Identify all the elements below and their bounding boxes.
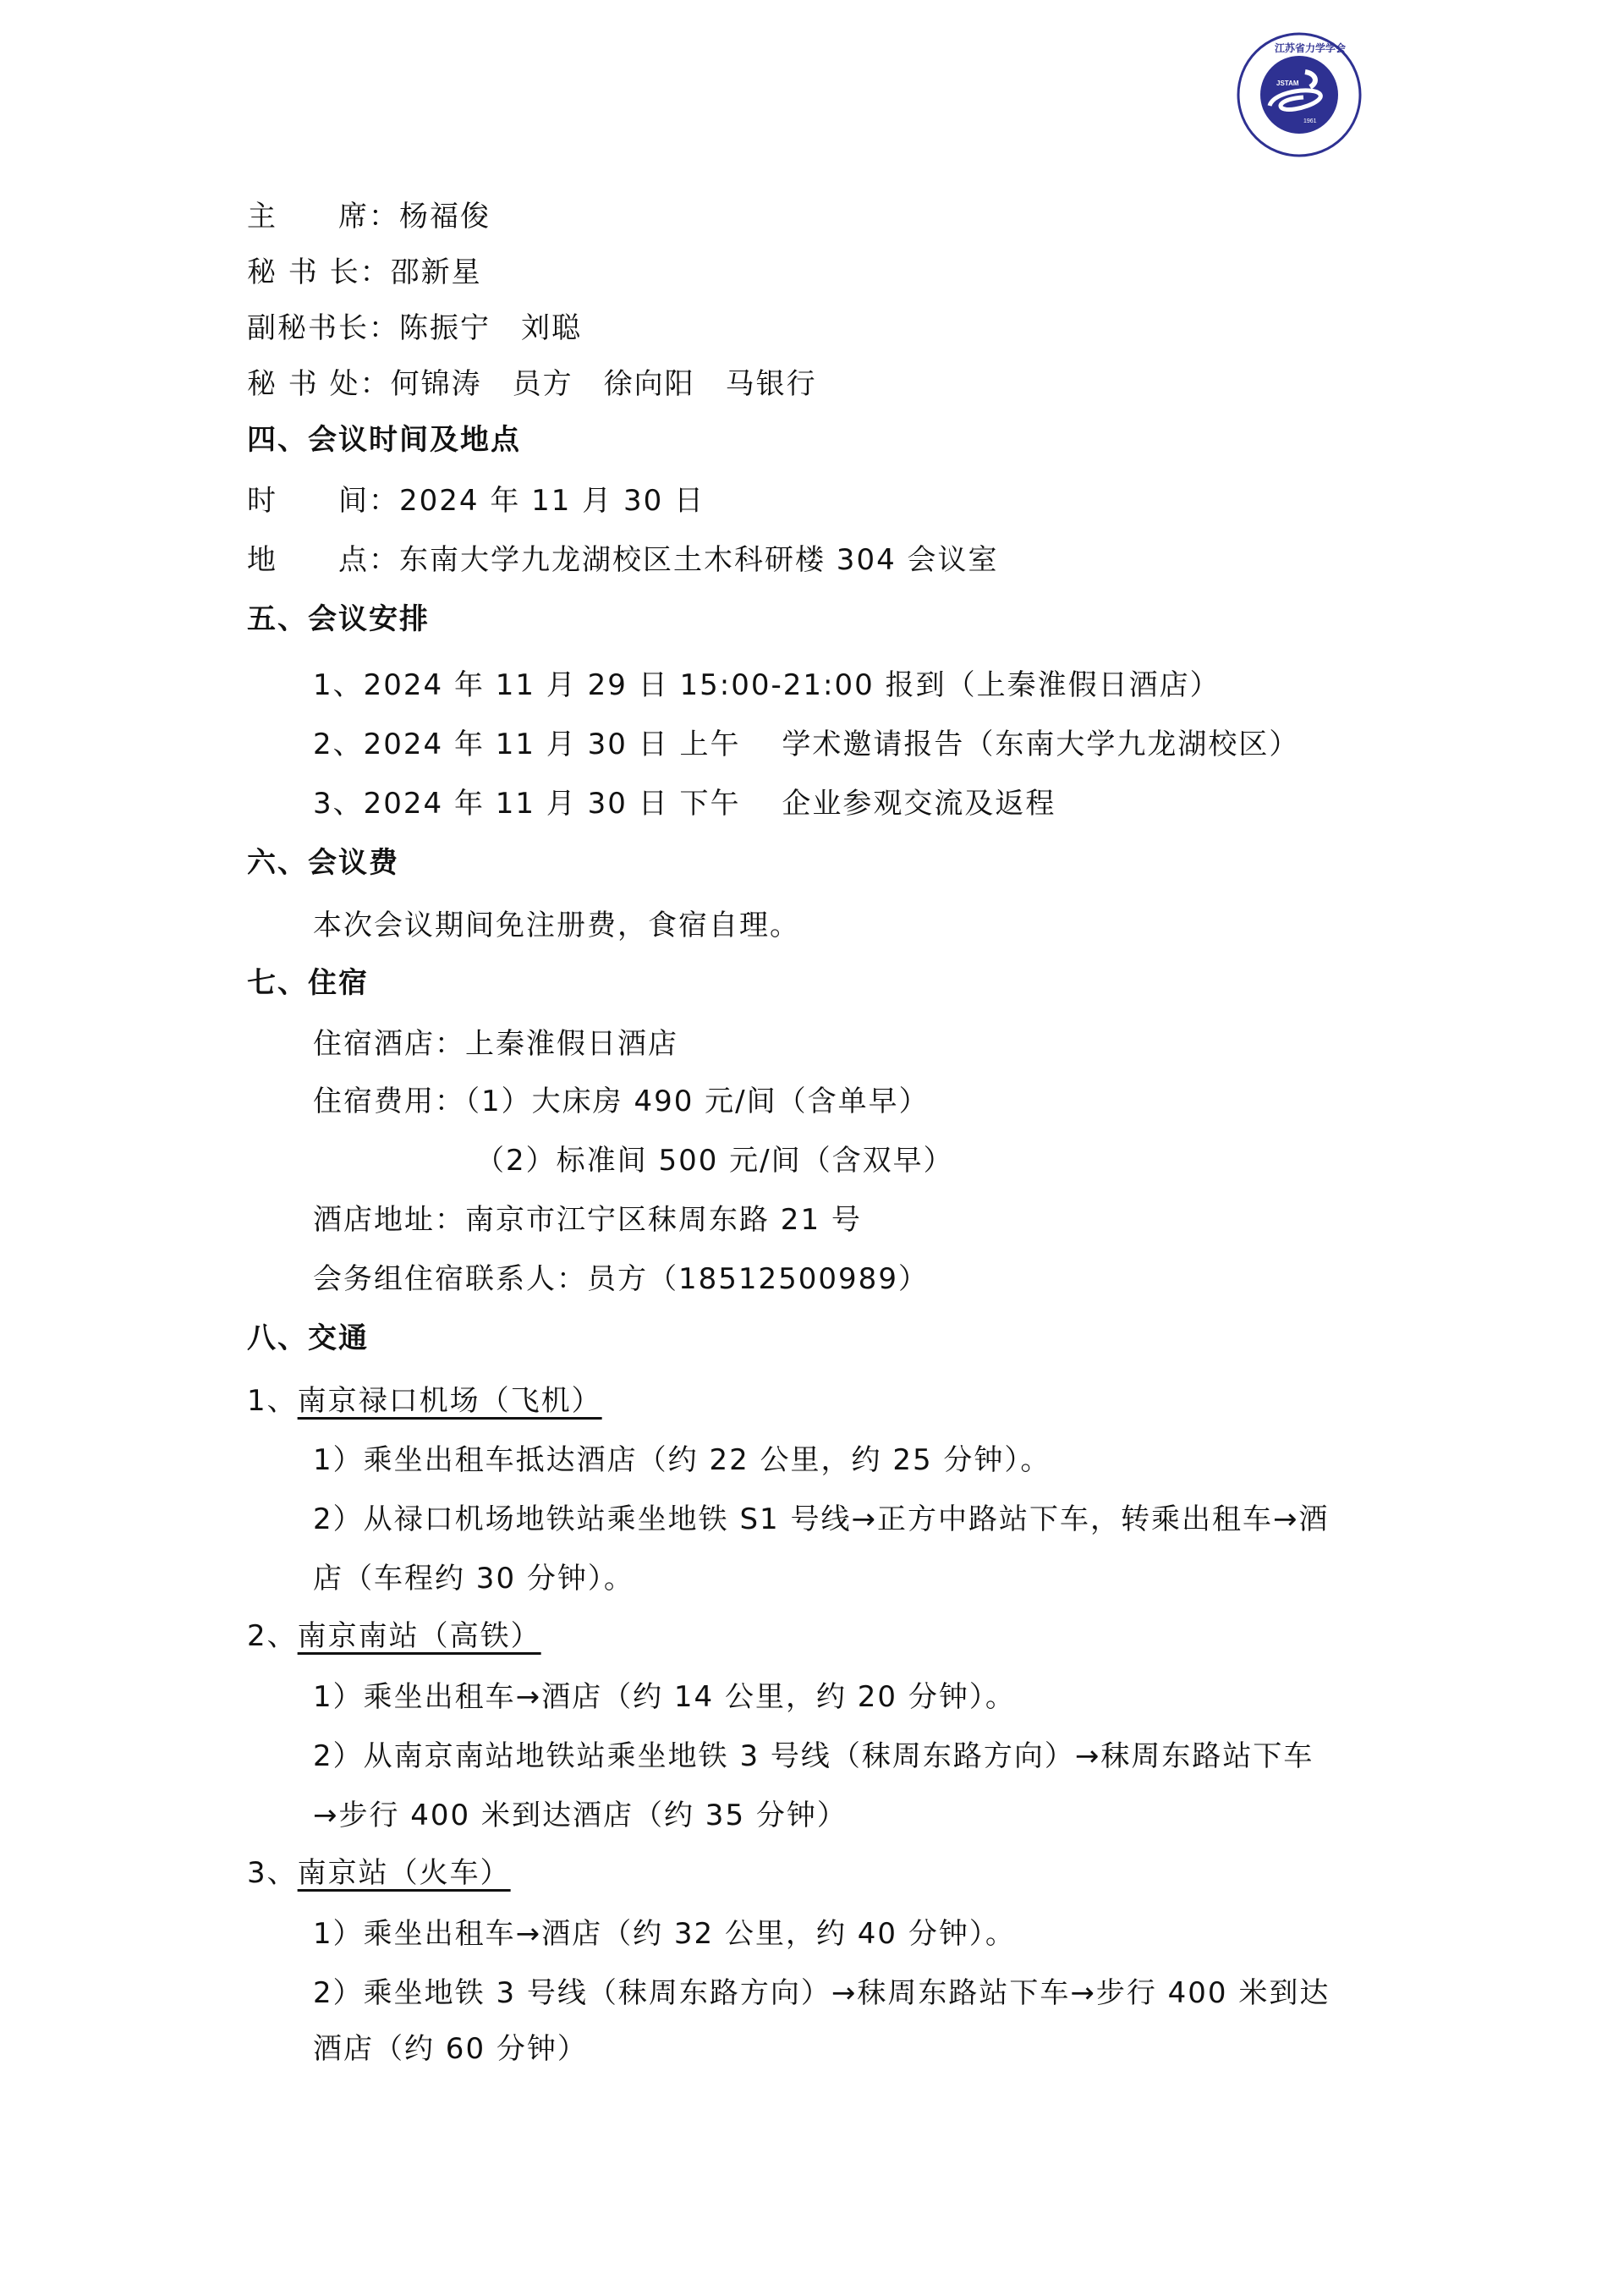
svg-text:JSTAM: JSTAM xyxy=(1276,80,1299,87)
route-line: 店（车程约 30 分钟）。 xyxy=(313,1562,634,1596)
secretary-general-value: 邵新星 xyxy=(391,255,482,289)
fee-text: 本次会议期间免注册费，食宿自理。 xyxy=(313,909,800,942)
section-heading-schedule: 五、会议安排 xyxy=(247,602,430,636)
schedule-item: 1、2024 年 11 月 29 日 15:00-21:00 报到（上秦淮假日酒… xyxy=(313,668,1221,702)
route-line: 1）乘坐出租车→酒店（约 32 公里，约 40 分钟）。 xyxy=(313,1917,1016,1951)
chair-label: 主 席： xyxy=(247,200,399,233)
meeting-place: 地 点：东南大学九龙湖校区土木科研楼 304 会议室 xyxy=(247,543,999,577)
route-line: 酒店（约 60 分钟） xyxy=(313,2032,588,2066)
route-number: 3、 xyxy=(247,1856,298,1890)
hotel-address: 酒店地址：南京市江宁区秣周东路 21 号 xyxy=(313,1203,862,1237)
route-line: 1）乘坐出租车→酒店（约 14 公里，约 20 分钟）。 xyxy=(313,1680,1016,1714)
secretary-general-label: 秘 书 长： xyxy=(247,255,391,289)
committee-secretary-general: 秘 书 长：邵新星 xyxy=(247,255,482,289)
route-name: 南京南站（高铁） xyxy=(298,1619,541,1653)
hotel-fee-standard: （2）标准间 500 元/间（含双早） xyxy=(475,1144,954,1178)
deputy-secretary-general-label: 副秘书长： xyxy=(247,311,399,345)
route-line: 1）乘坐出租车抵达酒店（约 22 公里，约 25 分钟）。 xyxy=(313,1443,1051,1477)
section-heading-fee: 六、会议费 xyxy=(247,846,399,880)
section-heading-accommodation: 七、住宿 xyxy=(247,966,369,1000)
section-heading-time-place: 四、会议时间及地点 xyxy=(247,423,521,457)
time-value: 2024 年 11 月 30 日 xyxy=(399,484,705,518)
route-line: →步行 400 米到达酒店（约 35 分钟） xyxy=(313,1799,848,1832)
svg-text:江苏省力学学会: 江苏省力学学会 xyxy=(1275,41,1346,54)
schedule-item: 2、2024 年 11 月 30 日 上午 学术邀请报告（东南大学九龙湖校区） xyxy=(313,728,1299,761)
hotel-name: 住宿酒店：上秦淮假日酒店 xyxy=(313,1027,678,1061)
route-number: 2、 xyxy=(247,1619,298,1653)
place-value: 东南大学九龙湖校区土木科研楼 304 会议室 xyxy=(399,543,999,577)
meeting-time: 时 间：2024 年 11 月 30 日 xyxy=(247,484,705,518)
committee-chair: 主 席：杨福俊 xyxy=(247,200,491,233)
secretariat-value: 何锦涛 员方 徐向阳 马银行 xyxy=(391,367,817,401)
committee-deputy-secretary-general: 副秘书长：陈振宁 刘聪 xyxy=(247,311,582,345)
route-line: 2）从南京南站地铁站乘坐地铁 3 号线（秣周东路方向）→秣周东路站下车 xyxy=(313,1739,1314,1773)
committee-secretariat: 秘 书 处：何锦涛 员方 徐向阳 马银行 xyxy=(247,367,817,401)
route-name: 南京站（火车） xyxy=(298,1856,511,1890)
schedule-item: 3、2024 年 11 月 30 日 下午 企业参观交流及返程 xyxy=(313,787,1056,821)
section-heading-transport: 八、交通 xyxy=(247,1321,369,1355)
svg-text:1961: 1961 xyxy=(1303,118,1317,124)
hotel-contact: 会务组住宿联系人：员方（18512500989） xyxy=(313,1262,929,1296)
secretariat-label: 秘 书 处： xyxy=(247,367,391,401)
route-name: 南京禄口机场（飞机） xyxy=(298,1384,602,1418)
time-label: 时 间： xyxy=(247,484,399,518)
hotel-fee-king: 住宿费用：（1）大床房 490 元/间（含单早） xyxy=(313,1085,930,1118)
route-heading-airport: 1、南京禄口机场（飞机） xyxy=(247,1384,602,1418)
route-heading-south-station: 2、南京南站（高铁） xyxy=(247,1619,541,1653)
chair-value: 杨福俊 xyxy=(399,200,491,233)
place-label: 地 点： xyxy=(247,543,399,577)
route-line: 2）从禄口机场地铁站乘坐地铁 S1 号线→正方中路站下车，转乘出租车→酒 xyxy=(313,1502,1329,1536)
society-logo: JSTAM 1961 江苏省力学学会 xyxy=(1236,31,1363,158)
deputy-secretary-general-value: 陈振宁 刘聪 xyxy=(399,311,582,345)
route-heading-railway-station: 3、南京站（火车） xyxy=(247,1856,511,1890)
route-number: 1、 xyxy=(247,1384,298,1418)
route-line: 2）乘坐地铁 3 号线（秣周东路方向）→秣周东路站下车→步行 400 米到达 xyxy=(313,1976,1330,2010)
